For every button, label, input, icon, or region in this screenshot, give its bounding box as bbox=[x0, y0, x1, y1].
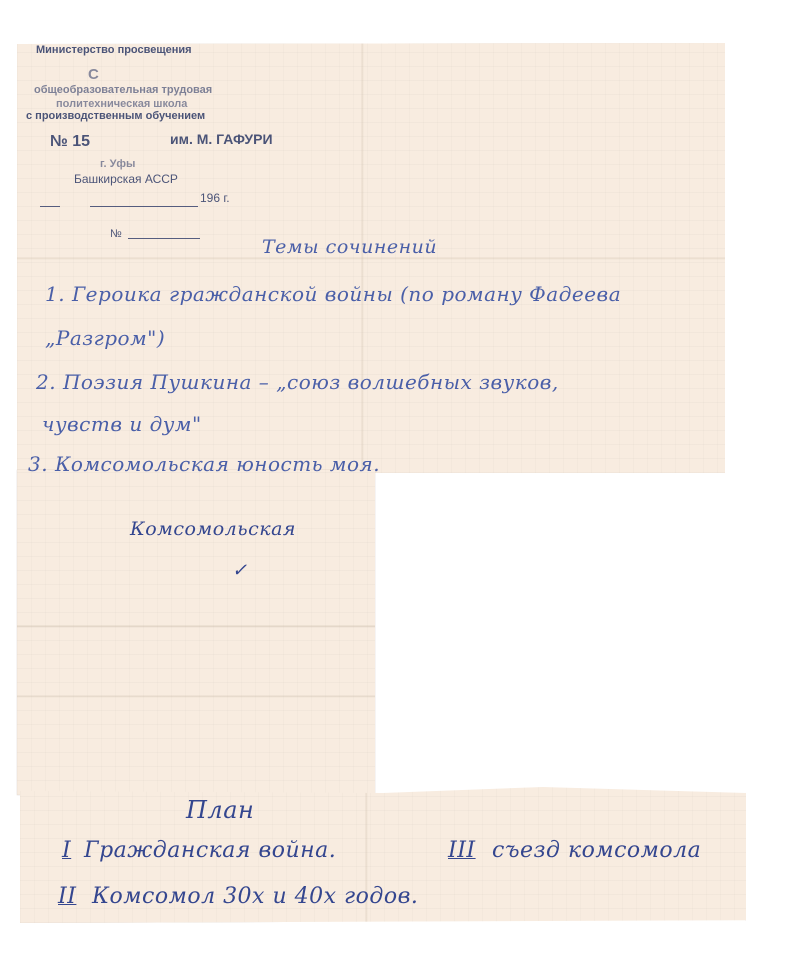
stamp-ministry: Министерство просвещения bbox=[36, 44, 192, 56]
stamp-with-training: с производственным обучением bbox=[26, 110, 205, 122]
number-line bbox=[128, 238, 200, 239]
topic-2-line-1: 2. Поэзия Пушкина – „союз волшебных звук… bbox=[36, 370, 559, 394]
date-month-line bbox=[90, 206, 198, 207]
stamp-date-year: 196 г. bbox=[200, 191, 230, 205]
stamp-letter: С bbox=[88, 66, 99, 83]
topic-1-line-1: 1. Героика гражданской войны (по роману … bbox=[45, 282, 621, 306]
plan-title: План bbox=[186, 796, 254, 824]
plan-item-3: съезд комсомола bbox=[492, 838, 701, 863]
topic-2-line-2: чувств и дум" bbox=[42, 412, 202, 436]
plan-numeral-1: I bbox=[62, 838, 71, 863]
plan-item-1: Гражданская война. bbox=[84, 838, 336, 863]
stamp-city: г. Уфы bbox=[100, 158, 135, 170]
plan-numeral-2: II bbox=[58, 884, 76, 909]
stamp-republic: Башкирская АССР bbox=[74, 172, 178, 186]
check-mark-icon: ✓ bbox=[232, 560, 248, 581]
topic-1-line-2: „Разгром") bbox=[45, 326, 165, 350]
stamp-school-name: им. М. ГАФУРИ bbox=[170, 131, 273, 147]
stamp-school-number: № 15 bbox=[50, 133, 90, 151]
topics-title: Темы сочинений bbox=[262, 236, 437, 258]
stamp-general-school: общеобразовательная трудовая bbox=[34, 84, 212, 96]
stamp-number-label: № bbox=[110, 228, 122, 240]
plan-item-2: Комсомол 30х и 40х годов. bbox=[92, 884, 418, 909]
topic-3: 3. Комсомольская юность моя. bbox=[28, 452, 380, 476]
stamp-polytechnic: политехническая школа bbox=[56, 98, 187, 110]
date-day-line bbox=[40, 206, 60, 207]
selected-topic-title: Комсомольская bbox=[130, 518, 296, 540]
plan-numeral-3: III bbox=[448, 838, 476, 863]
